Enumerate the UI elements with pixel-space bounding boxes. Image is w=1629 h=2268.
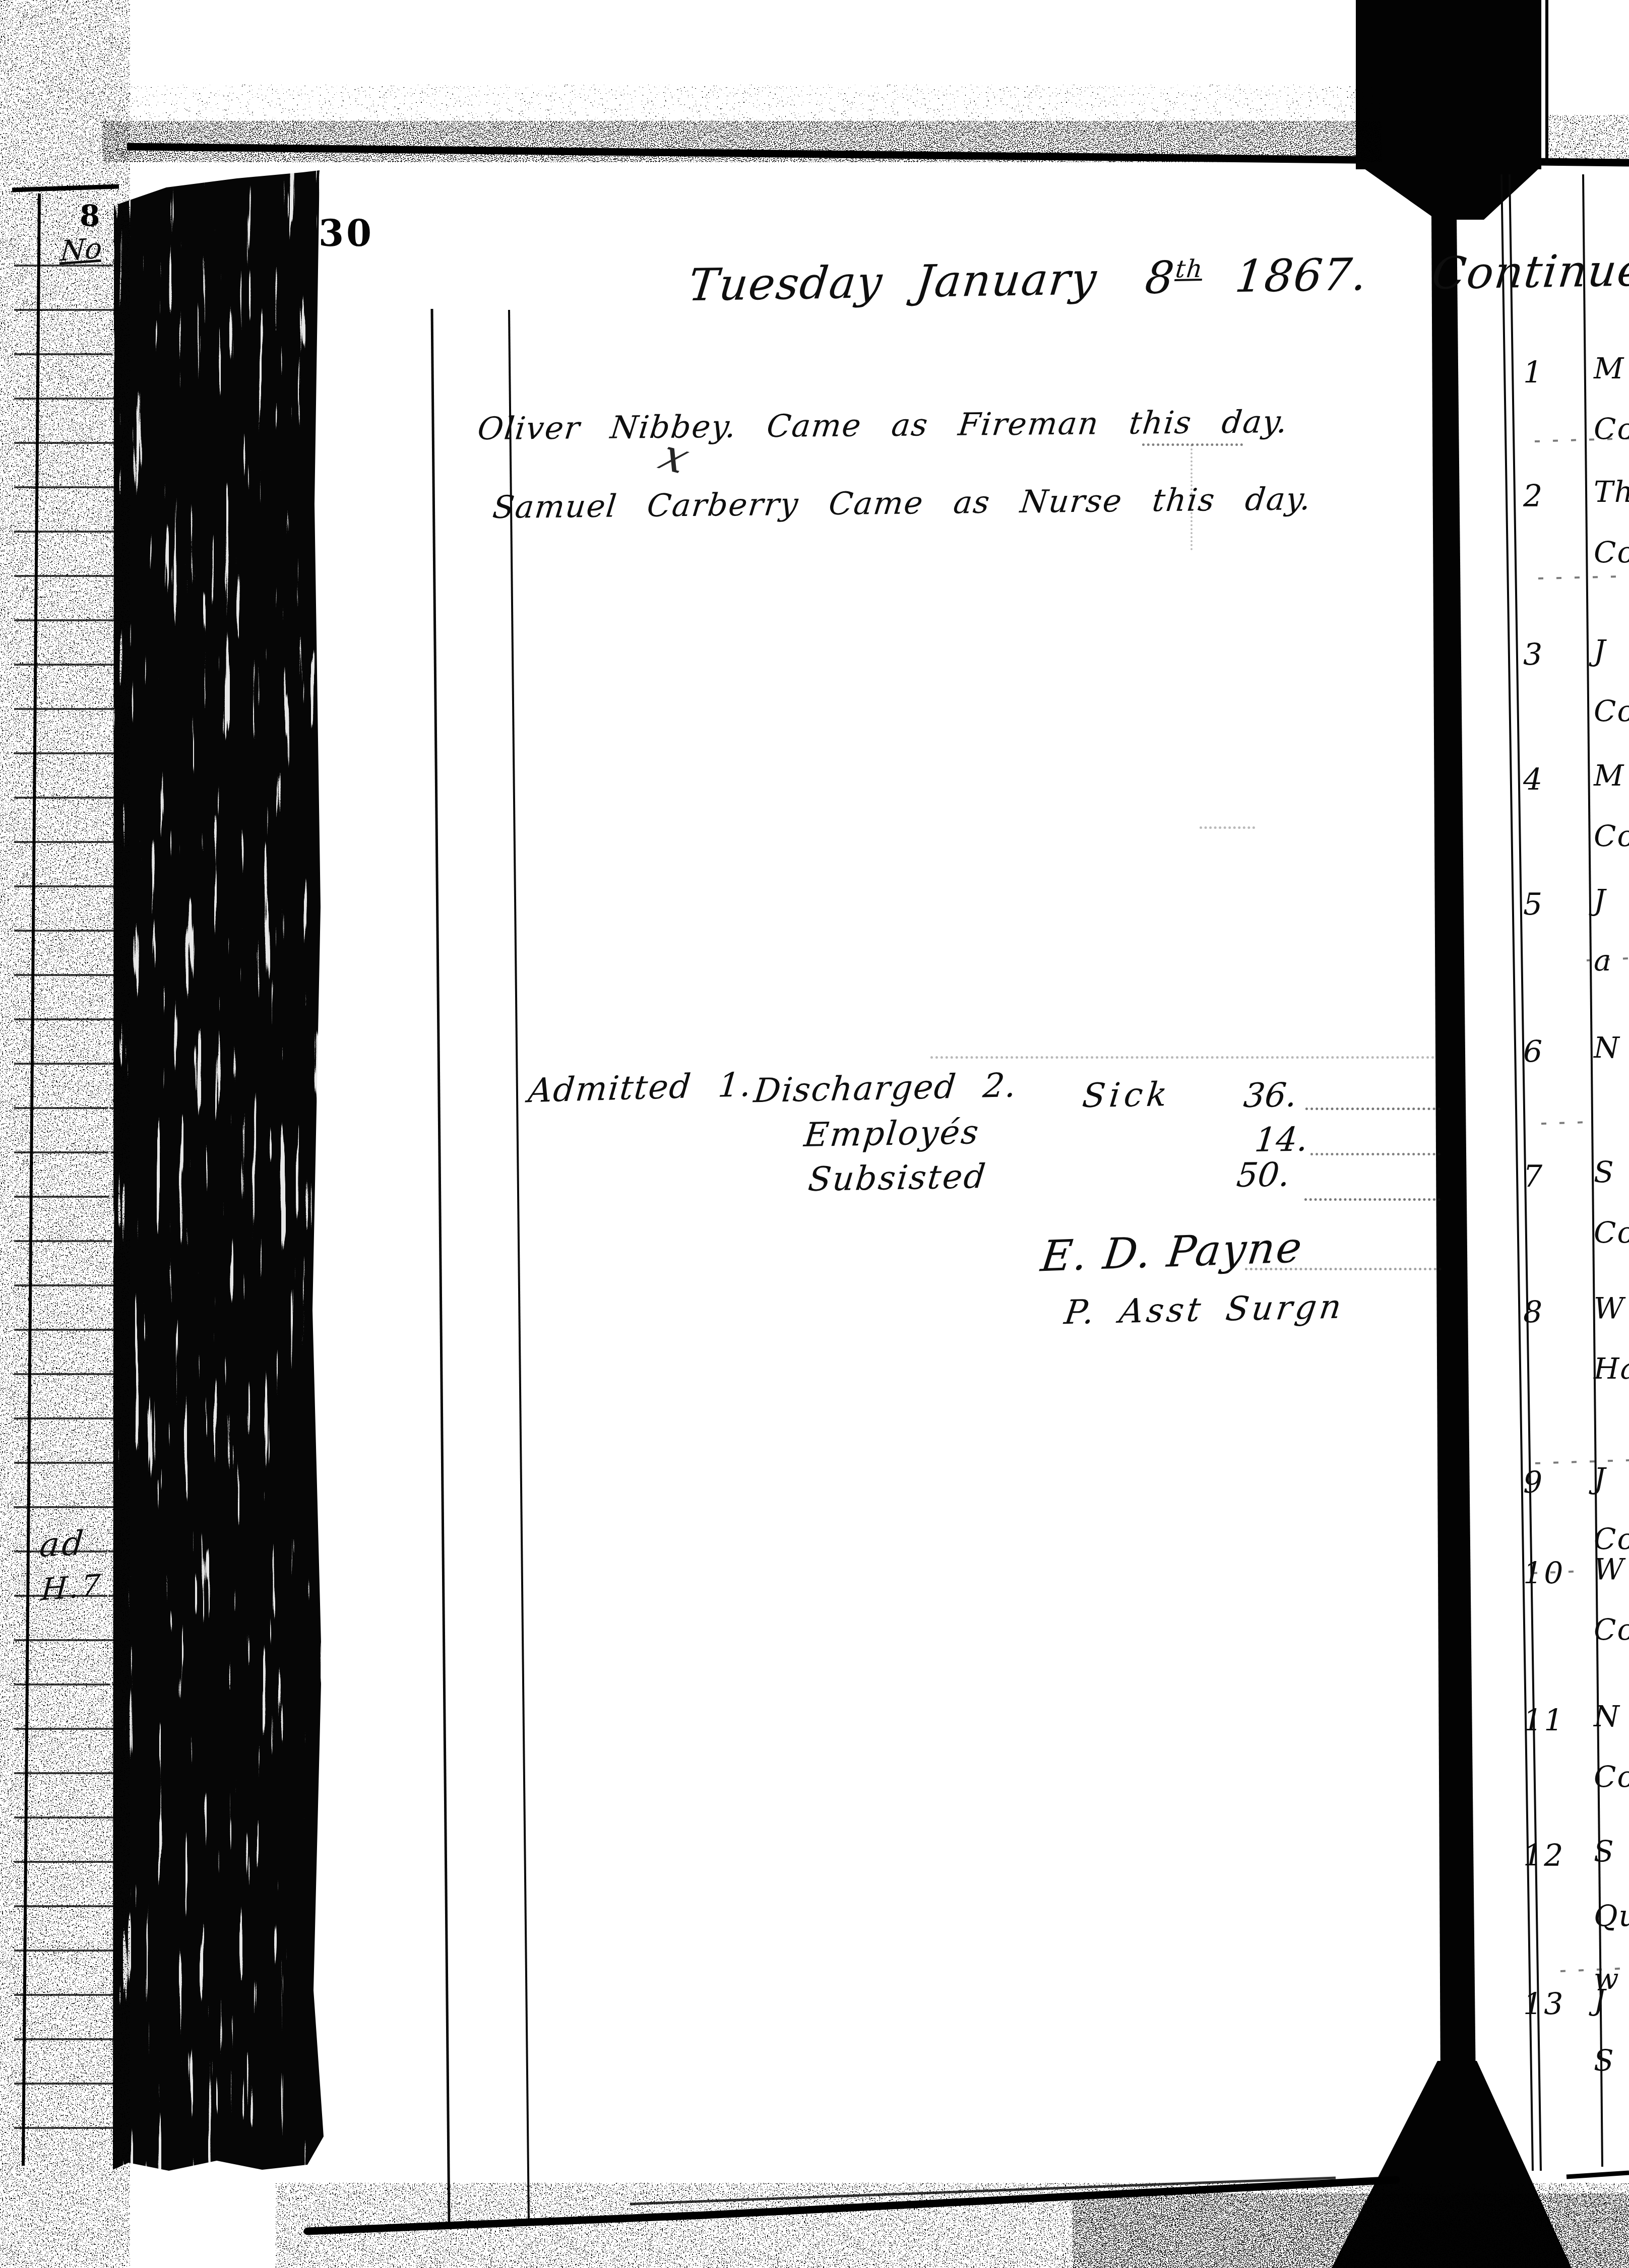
ledger-row-7: 7SCo — [1510, 1159, 1629, 1310]
date-heading-ordinal: th — [1174, 255, 1205, 284]
left-page-number: 8 — [80, 199, 100, 233]
log-entry-1: Oliver Nibbey. Came as Fireman this day. — [476, 403, 1290, 447]
row-text-fragment: Co — [1594, 535, 1629, 569]
faint-dash-mid-page — [1200, 826, 1255, 829]
row-text-fragment: N — [1594, 1030, 1620, 1065]
ledger-row-12: 12SQuw — [1510, 1838, 1629, 1989]
signature-name: E. D. Payne — [1038, 1222, 1306, 1281]
faint-rule-above-summary — [930, 1056, 1434, 1059]
row-text-fragment: S — [1594, 1834, 1615, 1868]
row-text-fragment: Co — [1594, 1522, 1629, 1556]
row-text-fragment: S — [1594, 2043, 1615, 2078]
row-text-fragment: Co — [1594, 694, 1629, 728]
left-column-header: No — [59, 232, 103, 268]
summary-admitted-label: Admitted — [527, 1067, 694, 1110]
row-text-fragment: W — [1594, 1291, 1625, 1325]
row-number: 5 — [1523, 887, 1544, 922]
row-text-fragment: Co — [1594, 819, 1629, 853]
left-margin-note-1: ad — [38, 1523, 87, 1565]
row-text-fragment: Th — [1594, 475, 1629, 509]
row-text-fragment: M — [1594, 351, 1624, 385]
row-number: 9 — [1523, 1465, 1544, 1501]
row-text-fragment: W — [1594, 1552, 1625, 1586]
row-number: 1 — [1523, 355, 1544, 391]
row-number: 3 — [1523, 637, 1544, 673]
row-number: 4 — [1523, 762, 1544, 798]
row-number: 10 — [1523, 1556, 1564, 1591]
row-text-fragment: S — [1594, 1155, 1615, 1189]
ledger-row-13: 13JS — [1510, 1987, 1629, 2138]
ledger-row-2: 2ThCo — [1510, 479, 1629, 630]
date-heading-continued: Continued — [1429, 243, 1629, 299]
summary-subsisted-label: Subsisted — [806, 1157, 989, 1199]
gutter-top-block — [1356, 0, 1541, 169]
row-text-fragment: J — [1594, 883, 1606, 917]
ledger-row-10: 10WCo — [1510, 1556, 1629, 1707]
row-text-fragment: Co — [1594, 1760, 1629, 1794]
date-heading-day: 8 — [1143, 251, 1177, 304]
row-text-fragment: Has — [1594, 1351, 1629, 1386]
leader-after-subsisted — [1304, 1198, 1440, 1201]
summary-employes-label: Employés — [802, 1113, 982, 1154]
summary-sick-label: Sick — [1081, 1075, 1173, 1115]
left-page-ruled-cells — [14, 222, 118, 2167]
row-number: 6 — [1523, 1034, 1544, 1070]
summary-discharged: Discharged 2. — [752, 1066, 1019, 1110]
row-text-fragment: Qu — [1594, 1899, 1629, 1933]
page-number: 30 — [319, 212, 374, 254]
left-margin-note-2: H.7 — [40, 1568, 103, 1608]
row-number: 11 — [1523, 1703, 1564, 1738]
ledger-row-11: 11NCo — [1510, 1703, 1629, 1854]
signature-title: P. Asst Surgn — [1062, 1287, 1346, 1332]
ledger-row-5: 5Ja — [1510, 887, 1629, 1038]
row-text-fragment: M — [1594, 758, 1624, 793]
row-number: 8 — [1523, 1295, 1544, 1330]
leader-after-signature — [1245, 1268, 1442, 1270]
row-number: 2 — [1523, 479, 1544, 514]
summary-subsisted-value: 50. — [1235, 1155, 1292, 1195]
row-number: 12 — [1523, 1838, 1564, 1873]
gutter-top-line — [1545, 0, 1548, 162]
ledger-row-8: 8WHas — [1510, 1295, 1629, 1446]
leader-after-sick — [1305, 1108, 1440, 1110]
row-text-fragment: Co — [1594, 1612, 1629, 1647]
row-text-fragment: a — [1594, 943, 1612, 978]
row-text-fragment: N — [1594, 1699, 1620, 1733]
summary-admitted-value: 1. — [717, 1065, 754, 1105]
row-text-fragment: J — [1594, 633, 1606, 668]
summary-admitted: Admitted 1. — [527, 1065, 754, 1111]
date-heading-prefix: Tuesday January — [686, 252, 1100, 311]
row-number: 7 — [1523, 1159, 1544, 1194]
scanned-ledger-document: { "left_page": { "page_number": "8", "co… — [0, 0, 1629, 2268]
date-heading-year: 1867. — [1233, 248, 1370, 302]
summary-sick-value: 36. — [1242, 1075, 1299, 1115]
row-text-fragment: J — [1594, 1983, 1606, 2017]
row-text-fragment: Co — [1594, 1215, 1629, 1250]
row-text-fragment: J — [1594, 1461, 1606, 1496]
row-text-fragment: Co — [1594, 412, 1629, 446]
book-spine-page-edges — [113, 170, 324, 2171]
leader-after-entry-1 — [1142, 443, 1243, 446]
summary-employes-value: 14. — [1253, 1120, 1310, 1159]
summary-discharged-value: 2. — [981, 1066, 1019, 1106]
faint-vertical-dots — [1191, 444, 1193, 550]
row-number: 13 — [1523, 1987, 1564, 2022]
summary-discharged-label: Discharged — [752, 1067, 959, 1111]
leader-after-employes — [1310, 1153, 1440, 1155]
